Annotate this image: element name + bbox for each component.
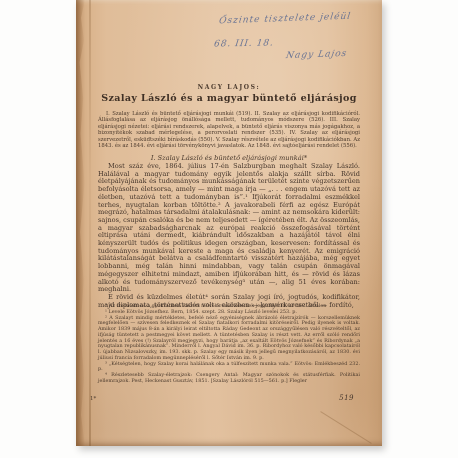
footnote: ² A Szalayt mindig mértékletes, befelé n… bbox=[98, 316, 360, 362]
corner-crease bbox=[320, 411, 371, 444]
handwritten-date: 68. III. 18. bbox=[213, 38, 274, 49]
printer-signature-mark: 1* bbox=[90, 396, 96, 402]
page-number: 519 bbox=[339, 394, 354, 402]
scanned-page: Őszinte tisztelete jeléül 68. III. 18. N… bbox=[76, 0, 382, 446]
body-paragraph: Most száz éve, 1864. július 17-én Salzbu… bbox=[98, 163, 360, 294]
abstract-summary: I. Szalay László és büntető eljárásjogi … bbox=[98, 111, 360, 149]
footnotes-block: * Az irodalom és a gyakrabban idézett mű… bbox=[98, 304, 360, 385]
vertical-crease bbox=[89, 0, 91, 446]
article-title: Szalay László és a magyar büntető eljárá… bbox=[88, 93, 370, 104]
torn-left-edge bbox=[76, 0, 85, 446]
body-text: Most száz éve, 1864. július 17-én Salzbu… bbox=[98, 163, 360, 309]
section-heading: I. Szalay László és büntető eljárásjogi … bbox=[98, 154, 360, 162]
footnote: ⁴ Részletesebb Szalay-életrajzok: Csenge… bbox=[98, 373, 360, 385]
scanned-article-screenshot: { "page": { "handwriting": { "dedication… bbox=[0, 0, 458, 458]
handwritten-dedication: Őszinte tisztelete jeléül bbox=[218, 12, 351, 27]
author-name: NAGY LAJOS: bbox=[98, 84, 360, 91]
handwritten-signature: Nagy Lajos bbox=[285, 49, 348, 61]
